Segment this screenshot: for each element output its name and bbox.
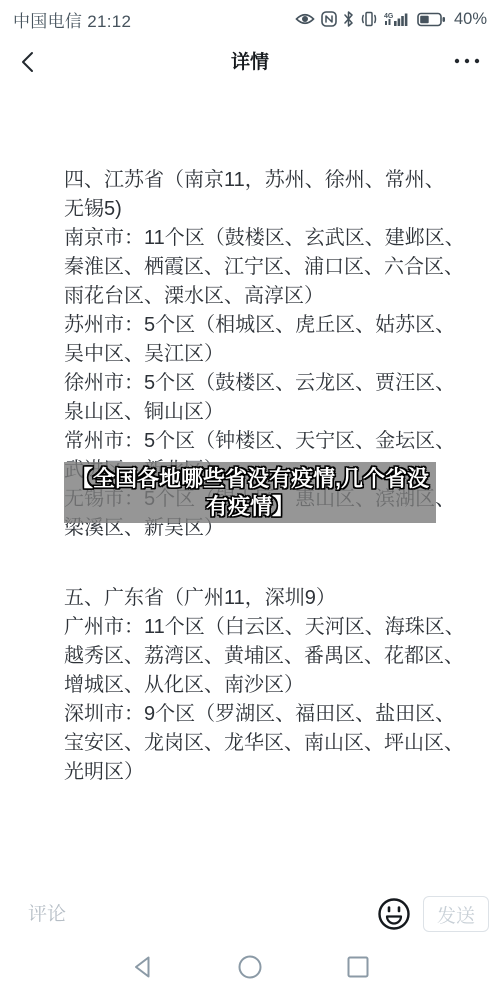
content-line: 雨花台区、溧水区、高淳区） [64, 282, 474, 311]
content-line: 增城区、从化区、南沙区） [64, 671, 474, 700]
comment-bar: 评论 发送 [0, 888, 500, 940]
content-line: 徐州市：5个区（鼓楼区、云龙区、贾汪区、 [64, 369, 474, 398]
ellipsis-icon [452, 59, 482, 76]
caption-line-1: 【全国各地哪些省没有疫情,几个省没 [71, 465, 429, 493]
nav-bar: 详情 [0, 38, 500, 86]
page-title: 详情 [0, 47, 500, 74]
content-line: 四、江苏省（南京11，苏州、徐州、常州、 [64, 166, 474, 195]
svg-text:4G: 4G [384, 13, 394, 20]
vibrate-icon [360, 11, 378, 27]
status-bar: 中国电信 21:12 4G 40% [0, 0, 500, 38]
more-button[interactable] [452, 50, 482, 72]
smiley-icon [376, 919, 412, 936]
emoji-button[interactable] [376, 896, 412, 932]
home-circle-icon [236, 968, 264, 985]
battery-icon [417, 12, 446, 27]
carrier-and-time: 中国电信 21:12 [13, 7, 131, 32]
content-line: 五、广东省（广州11，深圳9） [64, 584, 474, 613]
content-line: 广州市：11个区（白云区、天河区、海珠区、 [64, 613, 474, 642]
content-line: 无锡5) [64, 195, 474, 224]
back-triangle-icon [130, 968, 158, 985]
content-line: 深圳市：9个区（罗湖区、福田区、盐田区、 [64, 700, 474, 729]
phone-screen: 中国电信 21:12 4G 40% [0, 0, 500, 986]
section-guangdong: 五、广东省（广州11，深圳9）广州市：11个区（白云区、天河区、海珠区、越秀区、… [64, 584, 474, 787]
battery-percent: 40% [454, 10, 487, 29]
content-line: 泉山区、铜山区） [64, 398, 474, 427]
status-icons: 4G 40% [295, 10, 487, 29]
content-line: 南京市：11个区（鼓楼区、玄武区、建邺区、 [64, 224, 474, 253]
bluetooth-icon [343, 11, 354, 27]
content-line: 苏州市：5个区（相城区、虎丘区、姑苏区、 [64, 311, 474, 340]
content-line: 宝安区、龙岗区、龙华区、南山区、坪山区、 [64, 729, 474, 758]
android-recents-button[interactable] [344, 953, 372, 981]
recents-square-icon [344, 968, 372, 985]
eye-icon [295, 12, 315, 26]
content-line: 越秀区、荔湾区、黄埔区、番禺区、花都区、 [64, 642, 474, 671]
android-nav-bar [0, 948, 500, 986]
caption-line-2: 有疫情】 [206, 493, 294, 521]
comment-input[interactable]: 评论 [28, 899, 66, 926]
android-home-button[interactable] [236, 953, 264, 981]
android-back-button[interactable] [130, 953, 158, 981]
nfc-icon [321, 11, 337, 27]
caption-overlay: 【全国各地哪些省没有疫情,几个省没 有疫情】 [64, 462, 436, 523]
signal-4g-icon: 4G [384, 11, 411, 27]
content-line: 光明区） [64, 758, 474, 787]
send-label: 发送 [437, 901, 475, 928]
content-line: 常州市：5个区（钟楼区、天宁区、金坛区、 [64, 427, 474, 456]
content-line: 吴中区、吴江区） [64, 340, 474, 369]
send-button[interactable]: 发送 [423, 896, 489, 932]
content-line: 秦淮区、栖霞区、江宁区、浦口区、六合区、 [64, 253, 474, 282]
